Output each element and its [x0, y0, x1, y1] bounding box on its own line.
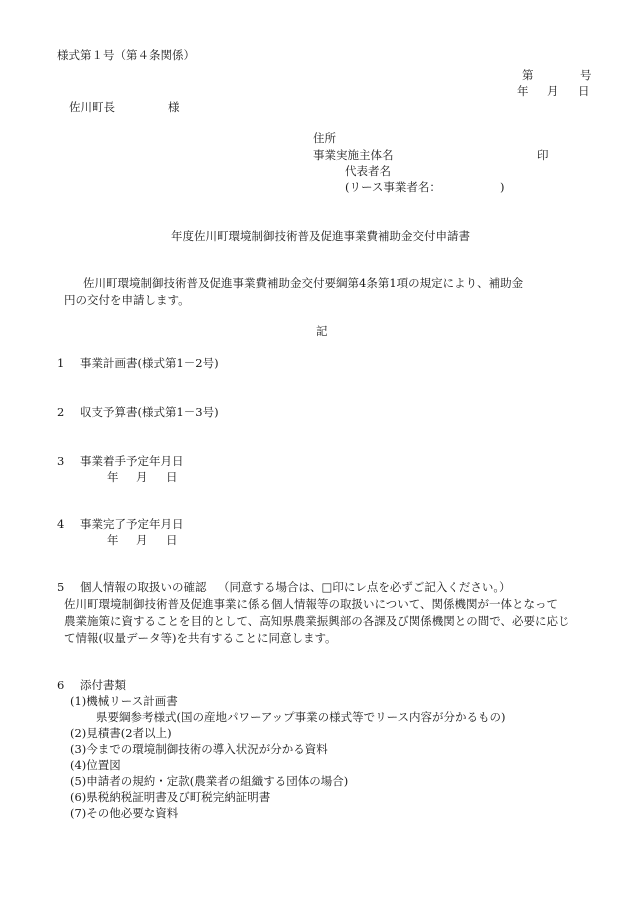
item-2-number: 2: [57, 405, 64, 419]
item-3-label: 事業着手予定年月日: [80, 454, 184, 468]
item-3-day: 日: [166, 470, 178, 484]
attachment-4: (4)位置図: [70, 758, 121, 772]
attachment-6: (6)県税納税証明書及び町税完納証明書: [70, 790, 270, 804]
item-3-year: 年: [107, 470, 119, 484]
item-1-number: 1: [57, 356, 64, 370]
addressee-honorific: 様: [168, 100, 180, 114]
item-5-label: 個人情報の取扱いの確認: [80, 580, 207, 594]
attachment-7: (7)その他必要な資料: [70, 806, 178, 820]
address-label: 住所: [313, 131, 336, 145]
lease-label: (リース事業者名：: [345, 180, 441, 194]
item-5-text-line-3: て情報(収量データ等)を共有することに同意します。: [64, 631, 337, 645]
attachment-1-sub: 県要綱参考様式(国の産地パワーアップ事業の様式等でリース内容が分かるもの): [96, 710, 506, 724]
item-4-month: 月: [136, 533, 148, 547]
form-number: 様式第１号（第４条関係）: [57, 48, 195, 62]
date-month: 月: [547, 84, 559, 98]
ki-label: 記: [316, 324, 328, 338]
date-day: 日: [578, 84, 590, 98]
body-line-2: 円の交付を申請します。: [64, 293, 190, 307]
item-4-number: 4: [57, 517, 64, 531]
item-5-text-line-2: 農業施策に資することを目的として、高知県農業振興部の各課及び関係機関との間で、必…: [64, 614, 570, 628]
document-title: 年度佐川町環境制御技術普及促進事業費補助金交付申請書: [171, 229, 470, 243]
item-1-label: 事業計画書(様式第1－2号): [80, 356, 219, 370]
item-6-number: 6: [57, 678, 64, 692]
item-4-year: 年: [107, 533, 119, 547]
addressee: 佐川町長: [69, 100, 115, 114]
item-4-label: 事業完了予定年月日: [80, 517, 184, 531]
item-5-number: 5: [57, 580, 64, 594]
item-5-text-line-1: 佐川町環境制御技術普及促進事業に係る個人情報等の取扱いについて、関係機関が一体と…: [64, 597, 558, 611]
attachment-3: (3)今までの環境制御技術の導入状況が分かる資料: [70, 742, 328, 756]
attachment-5: (5)申請者の規約・定款(農業者の組織する団体の場合): [70, 774, 348, 788]
seal-label: 印: [537, 148, 549, 162]
item-5-note: （同意する場合は、□印にレ点を必ずご記入ください。）: [218, 580, 511, 594]
item-3-number: 3: [57, 454, 64, 468]
item-4-day: 日: [166, 533, 178, 547]
lease-close: ): [500, 180, 505, 194]
date-year: 年: [517, 84, 529, 98]
item-6-label: 添付書類: [80, 678, 126, 692]
attachment-2: (2)見積書(2者以上): [70, 726, 172, 740]
entity-label: 事業実施主体名: [313, 148, 394, 162]
doc-number-prefix: 第: [522, 68, 534, 82]
representative-label: 代表者名: [345, 164, 391, 178]
doc-number-suffix: 号: [580, 68, 592, 82]
item-3-month: 月: [136, 470, 148, 484]
attachment-1: (1)機械リース計画書: [70, 694, 178, 708]
body-line-1: 佐川町環境制御技術普及促進事業費補助金交付要綱第4条第1項の規定により、補助金: [83, 276, 523, 290]
item-2-label: 収支予算書(様式第1－3号): [80, 405, 219, 419]
